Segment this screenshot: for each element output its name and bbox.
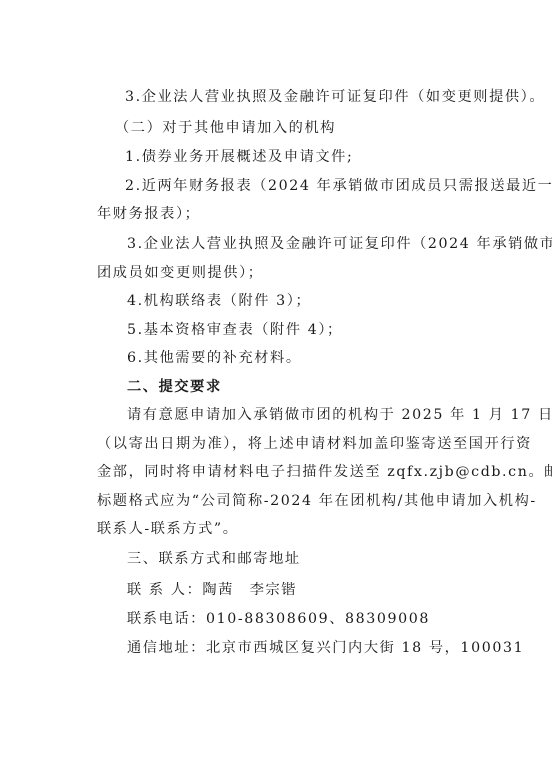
item-qualification-form: 5.基本资格审查表（附件 4）；	[127, 320, 552, 340]
contact-address: 通信地址：北京市西城区复兴门内大街 18 号，100031	[127, 638, 552, 658]
contact-phone: 联系电话：010-88308609、88309008	[127, 609, 552, 629]
paragraph-submission-line-1: 请有意愿申请加入承销做市团的机构于 2025 年 1 月 17 日前	[127, 405, 552, 425]
paragraph-submission-line-4: 标题格式应为“公司简称-2024 年在团机构/其他申请加入机构-	[97, 491, 552, 511]
item-financial-statements: 2.近两年财务报表（2024 年承销做市团成员只需报送最近一	[125, 176, 552, 196]
paragraph-submission-line-3: 金部，同时将申请材料电子扫描件发送至 zqfx.zjb@cdb.cn。邮件	[97, 462, 552, 482]
item-contact-form: 4.机构联络表（附件 3）；	[127, 291, 552, 311]
item-supplementary-materials: 6.其他需要的补充材料。	[127, 348, 552, 368]
contact-persons: 联 系 人：陶茜 李宗锴	[127, 580, 552, 600]
paragraph-submission-line-5: 联系人-联系方式”。	[97, 519, 552, 539]
item-license-copy-cont: 团成员如变更则提供）；	[97, 263, 552, 283]
section-contact-heading: 三、联系方式和邮寄地址	[127, 549, 552, 569]
item-business-license-copy: 3.企业法人营业执照及金融许可证复印件（如变更则提供）。	[125, 87, 552, 107]
item-bond-business-overview: 1.债券业务开展概述及申请文件;	[125, 147, 552, 167]
section-other-applicants-heading: （二）对于其他申请加入的机构	[115, 118, 552, 138]
item-license-copy: 3.企业法人营业执照及金融许可证复印件（2024 年承销做市	[127, 234, 552, 254]
item-financial-statements-cont: 年财务报表）；	[97, 204, 552, 224]
paragraph-submission-line-2: （以寄出日期为准），将上述申请材料加盖印鉴寄送至国开行资	[97, 434, 552, 454]
document-page: 3.企业法人营业执照及金融许可证复印件（如变更则提供）。 （二）对于其他申请加入…	[0, 0, 552, 762]
section-submission-requirements-heading: 二、提交要求	[127, 377, 552, 397]
